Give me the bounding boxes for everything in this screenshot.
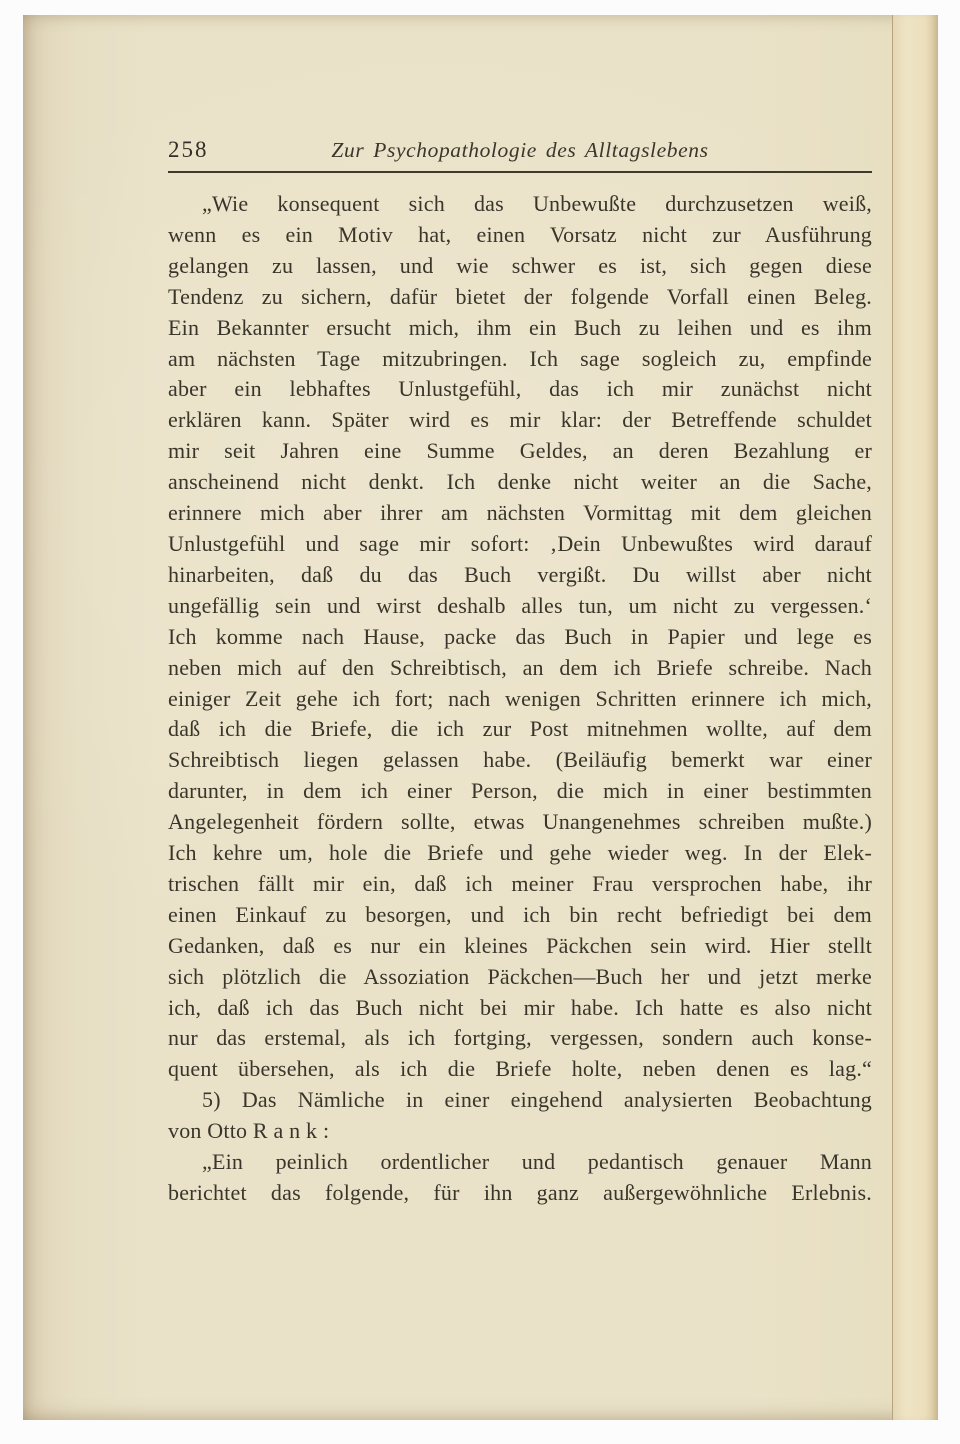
- page-header: 258 Zur Psychopathologie des Alltagslebe…: [168, 135, 872, 169]
- text-line: erinnere mich aber ihrer am nächsten Vor…: [168, 498, 872, 529]
- text-line: Ich kehre um, hole die Briefe und gehe w…: [168, 838, 872, 869]
- text-block: 258 Zur Psychopathologie des Alltagslebe…: [168, 135, 872, 1209]
- text-line: darunter, in dem ich einer Person, die m…: [168, 776, 872, 807]
- body-lines: „Wie konsequent sich das Unbewußte durch…: [168, 189, 872, 1209]
- text-line: hinarbeiten, daß du das Buch vergißt. Du…: [168, 560, 872, 591]
- book-page: 258 Zur Psychopathologie des Alltagslebe…: [23, 15, 938, 1420]
- text-line: Schreibtisch liegen gelassen habe. (Beil…: [168, 745, 872, 776]
- text-line: daß ich die Briefe, die ich zur Post mit…: [168, 714, 872, 745]
- text-line: 5) Das Nämliche in einer eingehend analy…: [168, 1085, 872, 1116]
- text-line: Angelegenheit fördern sollte, etwas Unan…: [168, 807, 872, 838]
- text-line: anscheinend nicht denkt. Ich denke nicht…: [168, 467, 872, 498]
- text-line: aber ein lebhaftes Unlustgefühl, das ich…: [168, 374, 872, 405]
- text-line: Gedanken, daß es nur ein kleines Päckche…: [168, 931, 872, 962]
- header-rule: [168, 171, 872, 173]
- text-line: Unlustgefühl und sage mir sofort: ‚Dein …: [168, 529, 872, 560]
- text-line: am nächsten Tage mitzubringen. Ich sage …: [168, 344, 872, 375]
- text-line: berichtet das folgende, für ihn ganz auß…: [168, 1178, 872, 1209]
- text-line: einiger Zeit gehe ich fort; nach wenigen…: [168, 684, 872, 715]
- text-line: Ich komme nach Hause, packe das Buch in …: [168, 622, 872, 653]
- text-line: von Otto R a n k :: [168, 1116, 872, 1147]
- text-line: ungefällig sein und wirst deshalb alles …: [168, 591, 872, 622]
- text-line: gelangen zu lassen, und wie schwer es is…: [168, 251, 872, 282]
- text-line: „Wie konsequent sich das Unbewußte durch…: [168, 189, 872, 220]
- text-line: mir seit Jahren eine Summe Geldes, an de…: [168, 436, 872, 467]
- text-line: erklären kann. Später wird es mir klar: …: [168, 405, 872, 436]
- text-line: Tendenz zu sichern, dafür bietet der fol…: [168, 282, 872, 313]
- scan-background: { "document": { "page_number": "258", "r…: [0, 0, 960, 1444]
- text-line: ich, daß ich das Buch nicht bei mir habe…: [168, 993, 872, 1024]
- text-line: „Ein peinlich ordentlicher und pedantisc…: [168, 1147, 872, 1178]
- text-line: einen Einkauf zu besorgen, und ich bin r…: [168, 900, 872, 931]
- text-line: sich plötzlich die Assoziation Päckchen—…: [168, 962, 872, 993]
- text-line: Ein Bekannter ersucht mich, ihm ein Buch…: [168, 313, 872, 344]
- text-line: quent übersehen, als ich die Briefe holt…: [168, 1054, 872, 1085]
- text-line: wenn es ein Motiv hat, einen Vorsatz nic…: [168, 220, 872, 251]
- text-line: neben mich auf den Schreibtisch, an dem …: [168, 653, 872, 684]
- page-edge-strip: [892, 15, 938, 1420]
- text-line: nur das erstemal, als ich fortging, verg…: [168, 1023, 872, 1054]
- running-head: Zur Psychopathologie des Alltagslebens: [168, 138, 872, 163]
- text-line: trischen fällt mir ein, daß ich meiner F…: [168, 869, 872, 900]
